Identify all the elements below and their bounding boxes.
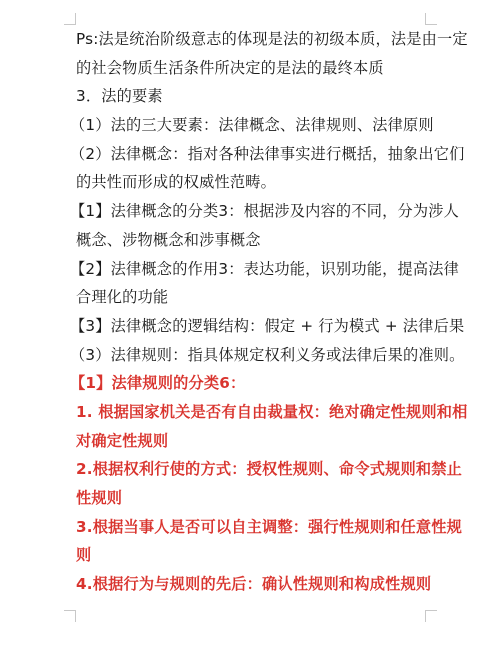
highlight-line-rule-3a: 3.根据当事人是否可以自主调整：强行性规则和任意性规 [76,513,426,542]
highlight-line-rule-1a: 1. 根据国家机关是否有自由裁量权：绝对确定性规则和相 [76,398,426,427]
section-heading-elements: 3．法的要素 [76,82,426,111]
highlight-line-rule-4: 4.根据行为与规则的先后：确认性规则和构成性规则 [76,570,426,599]
text-line-concept-structure: 【3】法律概念的逻辑结构：假定 + 行为模式 + 法律后果 [70,312,426,341]
text-line-essence-2: 的社会物质生活条件所决定的是法的最终本质 [76,54,426,83]
margin-corner-top-left [64,13,76,25]
text-line-concept-class-2: 概念、涉物概念和涉事概念 [76,226,426,255]
margin-corner-bottom-left [64,610,76,622]
highlight-line-rule-2a: 2.根据权利行使的方式：授权性规则、命令式规则和禁止 [76,455,426,484]
document-page: Ps:法是统治阶级意志的体现是法的初级本质，法是由一定 的社会物质生活条件所决定… [0,0,500,663]
highlight-heading-rule-class: 【1】法律规则的分类6： [70,369,426,398]
margin-corner-top-right [425,13,437,25]
text-line-concept-class-1: 【1】法律概念的分类3：根据涉及内容的不同，分为涉人 [70,197,426,226]
document-body: Ps:法是统治阶级意志的体现是法的初级本质，法是由一定 的社会物质生活条件所决定… [76,25,426,599]
highlight-line-rule-2b: 性规则 [76,484,426,513]
margin-corner-bottom-right [425,610,437,622]
text-line-three-elements: （1）法的三大要素：法律概念、法律规则、法律原则 [70,111,426,140]
highlight-line-rule-1b: 对确定性规则 [76,427,426,456]
text-line-essence-1: Ps:法是统治阶级意志的体现是法的初级本质，法是由一定 [76,25,426,54]
text-line-rule-def: （3）法律规则：指具体规定权利义务或法律后果的准则。 [70,341,426,370]
text-line-concept-role-1: 【2】法律概念的作用3：表达功能，识别功能，提高法律 [70,255,426,284]
highlight-line-rule-3b: 则 [76,541,426,570]
text-line-concept-def-2: 的共性而形成的权威性范畴。 [76,168,426,197]
text-line-concept-def-1: （2）法律概念：指对各种法律事实进行概括，抽象出它们 [70,140,426,169]
text-line-concept-role-2: 合理化的功能 [76,283,426,312]
